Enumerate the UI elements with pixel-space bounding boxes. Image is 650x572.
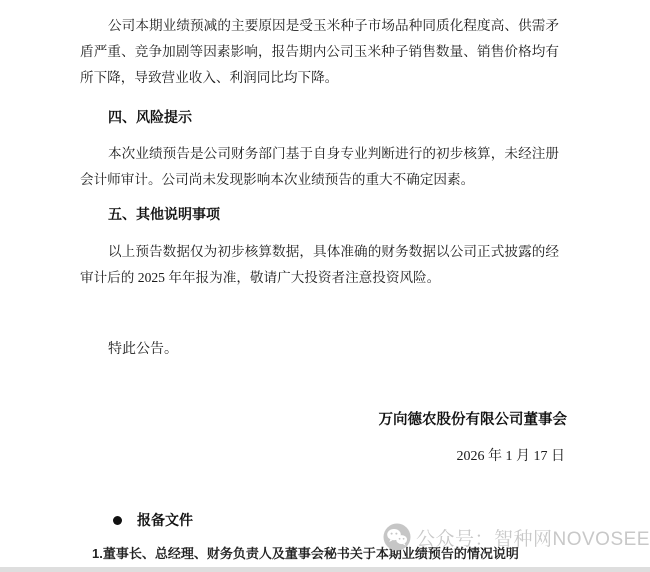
paragraph-risk-notice: 本次业绩预告是公司财务部门基于自身专业判断进行的初步核算，未经注册会计师审计。公… [80,141,559,193]
paragraph-other-matters: 以上预告数据仅为初步核算数据，具体准确的财务数据以公司正式披露的经审计后的 20… [80,239,559,291]
closing-statement: 特此公告。 [108,337,178,363]
watermark: 公众号：智种网NOVOSEED [383,523,650,551]
wechat-icon [383,523,411,551]
watermark-text: 公众号：智种网NOVOSEED [416,524,650,551]
section-heading-risk-notice: 四、风险提示 [108,104,192,130]
page-bottom-edge [0,567,650,572]
section-heading-other-matters: 五、其他说明事项 [108,201,220,227]
attachment-section-heading: 报备文件 [113,507,193,533]
bullet-icon [113,516,122,525]
announcement-page: 公司本期业绩预减的主要原因是受玉米种子市场品种同质化程度高、供需矛盾严重、竞争加… [0,0,650,572]
attachment-heading-label: 报备文件 [137,507,193,533]
announcement-date: 2026 年 1 月 17 日 [457,444,566,470]
company-board-signature: 万向德农股份有限公司董事会 [379,407,568,433]
paragraph-performance-reason: 公司本期业绩预减的主要原因是受玉米种子市场品种同质化程度高、供需矛盾严重、竞争加… [80,13,559,91]
